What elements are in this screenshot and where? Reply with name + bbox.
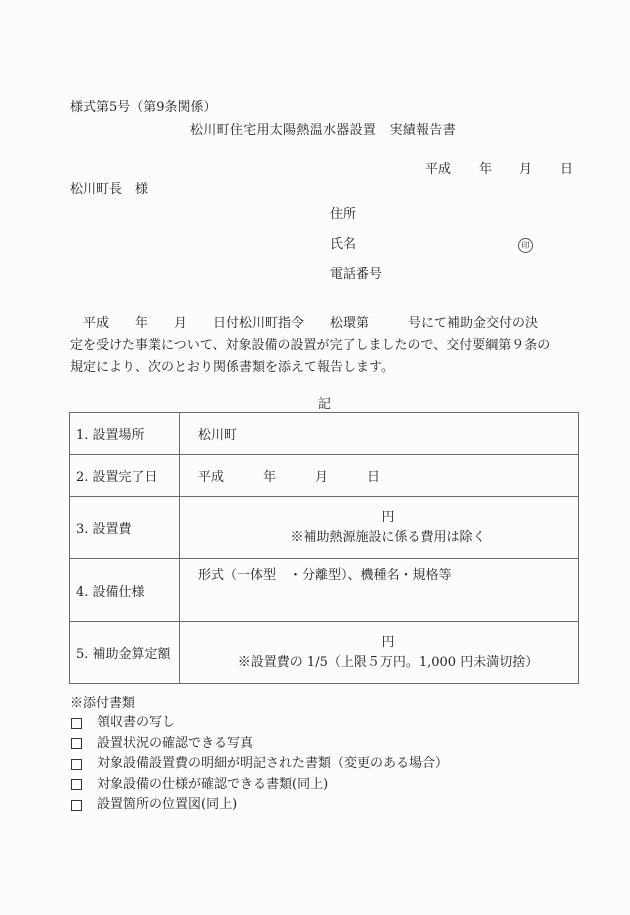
list-item: 設置箇所の位置図(同上) (70, 795, 448, 816)
list-item: 対象設備の仕様が確認できる書類(同上) (70, 775, 448, 796)
checkbox-icon[interactable] (71, 738, 82, 749)
body-line: 定を受けた事業について、対象設備の設置が完了しましたので、交付要綱第９条の (70, 335, 580, 357)
date-day: 日 (560, 163, 573, 176)
cost-unit: 円 (198, 508, 578, 528)
table-row: 4. 設備仕様 形式（一体型 ・分離型）、機種名・規格等 (70, 559, 579, 622)
table-row: 3. 設置費 円 ※補助熱源施設に係る費用は除く (70, 497, 579, 559)
subsidy-amount-field[interactable]: 円 ※設置費の 1/5（上限５万円。1,000 円未満切捨） (180, 622, 579, 684)
attachment-label: 設置状況の確認できる写真 (97, 734, 253, 755)
subsidy-note: ※設置費の 1/5（上限５万円。1,000 円未満切捨） (198, 653, 578, 673)
installation-cost-field[interactable]: 円 ※補助熱源施設に係る費用は除く (180, 497, 579, 559)
row-label: 1. 設置場所 (70, 413, 180, 455)
list-item: 領収書の写し (70, 713, 448, 734)
seal-icon: 印 (518, 238, 533, 253)
form-number: 様式第5号（第9条関係） (70, 101, 217, 114)
report-body: 平成 年 月 日付松川町指令 松環第 号にて補助金交付の決 定を受けた事業につい… (70, 313, 580, 379)
table-row: 1. 設置場所 松川町 (70, 413, 579, 455)
attachment-label: 対象設備の仕様が確認できる書類(同上) (97, 775, 328, 796)
checkbox-icon[interactable] (71, 759, 82, 770)
attachments-heading: ※添付書類 (70, 697, 135, 710)
attachment-label: 設置箇所の位置図(同上) (97, 795, 237, 816)
attachment-label: 対象設備設置費の明細が明記された書類（変更のある場合） (97, 754, 448, 775)
ki-heading: 記 (318, 398, 331, 411)
row-label: 2. 設置完了日 (70, 455, 180, 497)
checkbox-icon[interactable] (71, 800, 82, 811)
list-item: 対象設備設置費の明細が明記された書類（変更のある場合） (70, 754, 448, 775)
address-label: 住所 (330, 208, 356, 221)
row-label: 4. 設備仕様 (70, 559, 180, 622)
equipment-spec-field[interactable]: 形式（一体型 ・分離型）、機種名・規格等 (180, 559, 579, 622)
row-label: 5. 補助金算定額 (70, 622, 180, 684)
name-label: 氏名 (330, 238, 356, 251)
body-line: 規定により、次のとおり関係書類を添えて報告します。 (70, 357, 580, 379)
subsidy-unit: 円 (198, 633, 578, 653)
list-item: 設置状況の確認できる写真 (70, 734, 448, 755)
document-title: 松川町住宅用太陽熱温水器設置 実績報告書 (190, 124, 456, 137)
date-era: 平成 (425, 163, 451, 176)
attachments-list: 領収書の写し 設置状況の確認できる写真 対象設備設置費の明細が明記された書類（変… (70, 713, 448, 816)
checkbox-icon[interactable] (71, 779, 82, 790)
cost-note: ※補助熱源施設に係る費用は除く (198, 528, 578, 548)
table-row: 2. 設置完了日 平成 年 月 日 (70, 455, 579, 497)
addressee: 松川町長 様 (70, 183, 148, 196)
row-label: 3. 設置費 (70, 497, 180, 559)
report-table: 1. 設置場所 松川町 2. 設置完了日 平成 年 月 日 3. 設置費 円 ※… (69, 412, 579, 684)
body-line: 平成 年 月 日付松川町指令 松環第 号にて補助金交付の決 (70, 313, 580, 335)
date-year: 年 (479, 163, 492, 176)
completion-date-field[interactable]: 平成 年 月 日 (180, 455, 579, 497)
date-month: 月 (519, 163, 532, 176)
checkbox-icon[interactable] (71, 718, 82, 729)
attachment-label: 領収書の写し (97, 713, 175, 734)
phone-label: 電話番号 (330, 268, 382, 281)
installation-location-field[interactable]: 松川町 (180, 413, 579, 455)
table-row: 5. 補助金算定額 円 ※設置費の 1/5（上限５万円。1,000 円未満切捨） (70, 622, 579, 684)
